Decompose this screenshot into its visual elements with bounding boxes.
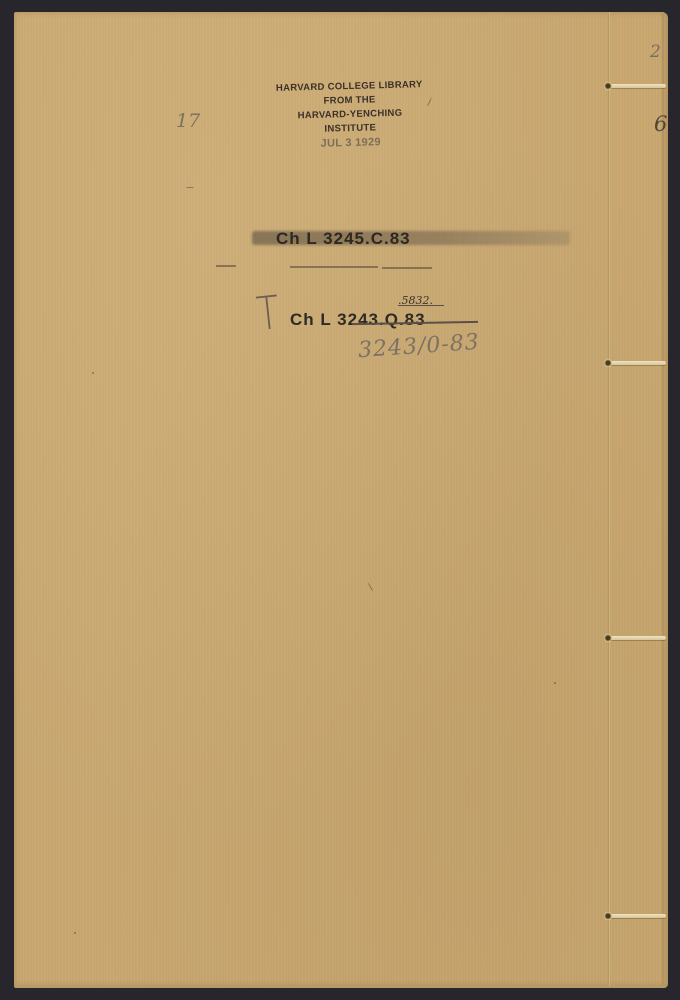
stitch-hole-2 [604, 358, 612, 368]
paper-speck [92, 372, 94, 374]
scan-frame: 17 2 6 HARVARD COLLEGE LIBRARY FROM THE … [0, 0, 680, 1000]
pencil-call-number: 3243/0-83 [357, 330, 480, 363]
stitch-hole-4 [604, 911, 612, 921]
book-cover: 17 2 6 HARVARD COLLEGE LIBRARY FROM THE … [14, 12, 668, 988]
dash-mark-1 [216, 265, 236, 267]
binding-fold-line [608, 12, 610, 986]
handwritten-t-mark: T [254, 289, 281, 337]
stitch-hole-1 [604, 81, 612, 91]
handwritten-spine-number-6: 6 [654, 112, 667, 136]
dash-mark-2 [290, 266, 378, 268]
old-call-number-text: Ch L 3245.C.83 [276, 229, 411, 249]
handwritten-number-17: 17 [176, 110, 200, 132]
binding-stitch-3 [610, 636, 666, 640]
superscript-underline [398, 305, 444, 306]
spine-edge [662, 12, 664, 986]
paper-speck [74, 932, 76, 934]
binding-stitch-4 [610, 914, 666, 918]
binding-stitch-2 [610, 361, 666, 365]
ink-mark [186, 187, 194, 188]
handwritten-spine-number-2: 2 [650, 42, 661, 62]
paper-speck [554, 682, 556, 684]
new-call-number: Ch L 3243.Q.83 [290, 310, 426, 330]
paper-speck [368, 582, 374, 591]
binding-stitch-1 [610, 84, 666, 88]
stitch-hole-3 [604, 633, 612, 643]
dash-mark-3 [382, 267, 432, 269]
library-accession-stamp: HARVARD COLLEGE LIBRARY FROM THE HARVARD… [259, 78, 441, 153]
old-call-number-smeared: Ch L 3245.C.83 [252, 227, 570, 249]
